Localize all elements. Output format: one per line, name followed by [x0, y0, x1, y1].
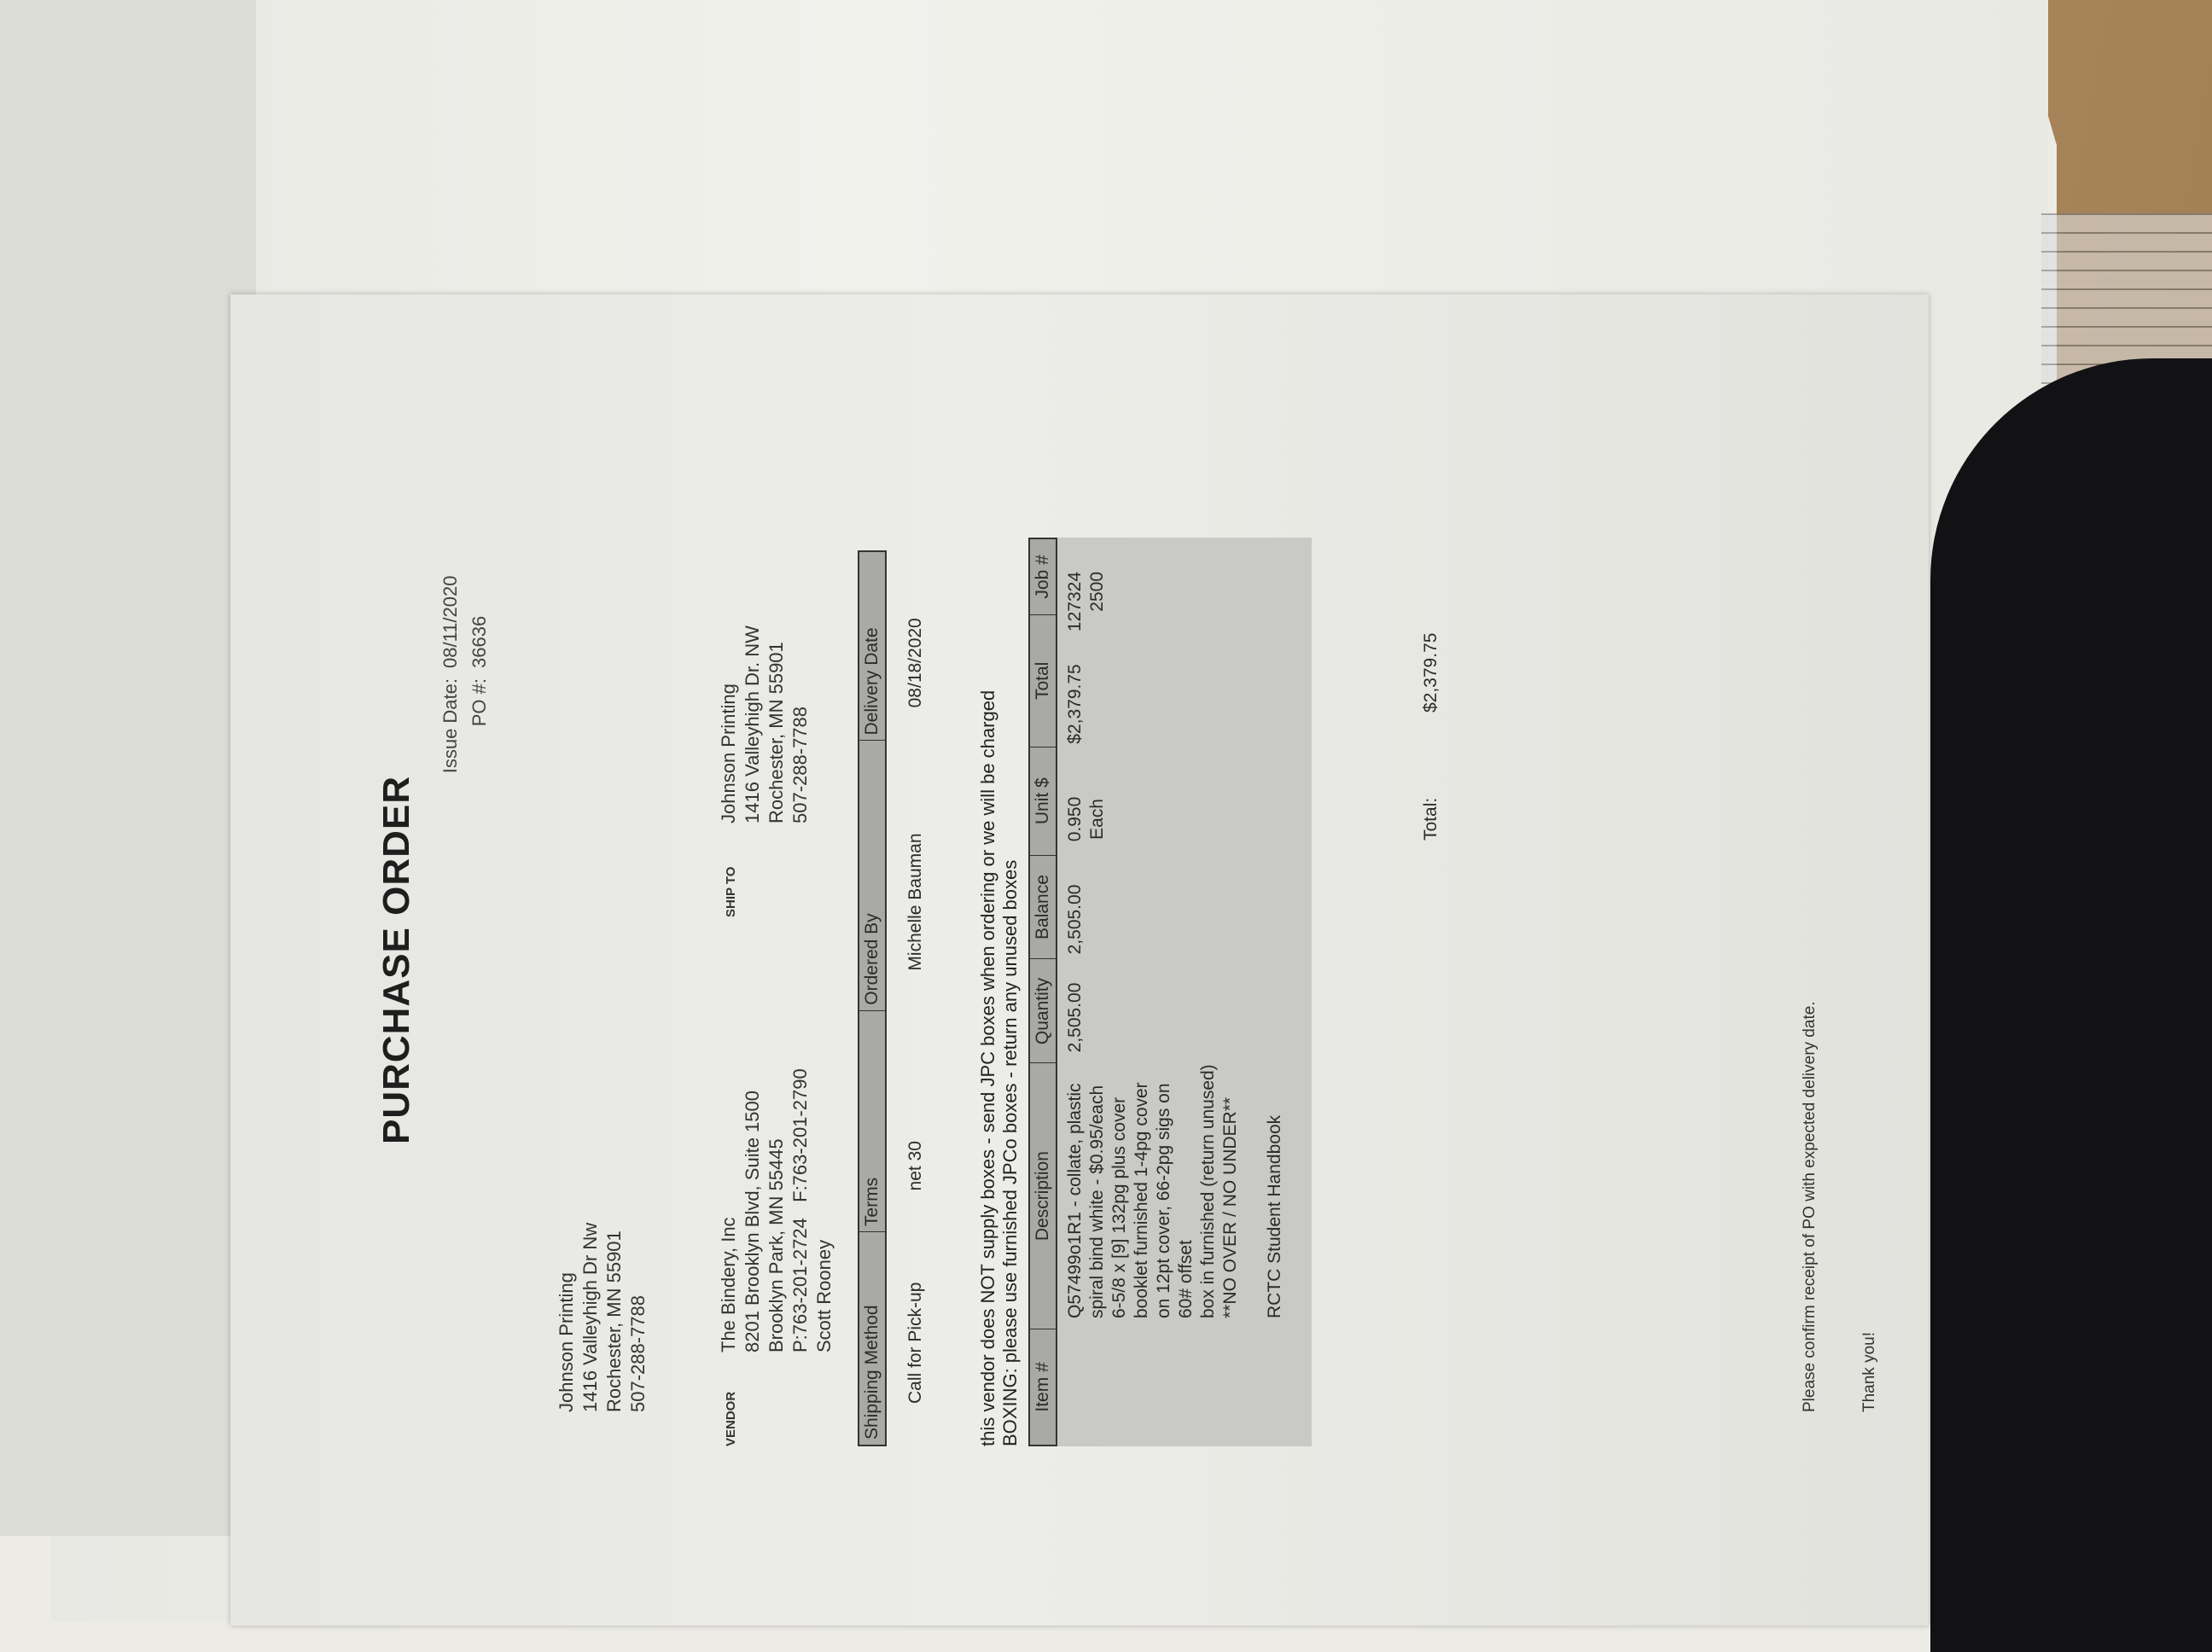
po-meta: Issue Date: 08/11/2020 PO #: 36636 [439, 576, 498, 806]
item-job: 127324 2500 [1064, 572, 1286, 640]
footer-confirm: Please confirm receipt of PO with expect… [1801, 1001, 1819, 1412]
job-sub: 2500 [1086, 572, 1109, 640]
issue-date: 08/11/2020 [439, 576, 462, 668]
ship-to-block: SHIP TO Johnson Printing 1416 Valleyhigh… [717, 625, 812, 917]
page-title: PURCHASE ORDER [375, 294, 418, 1626]
sender-address2: Rochester, MN 55901 [602, 1223, 626, 1412]
background-sheet-3 [0, 0, 256, 1536]
vendor-phone-fax: P:763-201-2724 F:763-201-2790 [789, 1068, 812, 1352]
item-balance: 2,505.00 [1064, 870, 1286, 969]
description-line: Q57499o1R1 - collate, plastic [1064, 1067, 1086, 1318]
header-quantity: Quantity [1030, 959, 1056, 1063]
vendor-address2: Brooklyn Park, MN 55445 [765, 1068, 789, 1352]
terms: net 30 [905, 1005, 926, 1225]
boxing-notice: this vendor does NOT supply boxes - send… [977, 690, 1022, 1446]
ship-to-name: Johnson Printing [717, 625, 741, 823]
vendor-contact: Scott Rooney [812, 1068, 836, 1352]
sender-phone: 507-288-7788 [626, 1223, 650, 1412]
description-line: spiral bind white - $0.95/each [1086, 1067, 1109, 1318]
notice-line-1: this vendor does NOT supply boxes - send… [977, 690, 999, 1446]
total-value: $2,379.75 [1421, 633, 1441, 713]
header-total: Total [1030, 614, 1056, 747]
ship-to-address2: Rochester, MN 55901 [765, 625, 789, 823]
vendor-label: VENDOR [717, 1352, 836, 1446]
delivery-date: 08/18/2020 [905, 550, 926, 742]
description-line: on 12pt cover, 66-2pg sigs on [1153, 1067, 1175, 1318]
header-ordered-by: Ordered By [859, 740, 885, 1009]
item-number [1064, 1335, 1286, 1446]
item-description: Q57499o1R1 - collate, plastic spiral bin… [1064, 1067, 1286, 1335]
description-line: booklet furnished 1-4pg cover [1131, 1067, 1153, 1318]
items-header-row: Item # Description Quantity Balance Unit… [1028, 538, 1057, 1446]
po-number: 36636 [469, 616, 491, 668]
header-terms: Terms [859, 1010, 885, 1231]
shipping-method: Call for Pick-up [905, 1224, 926, 1446]
header-delivery-date: Delivery Date [859, 552, 885, 740]
header-description: Description [1030, 1062, 1056, 1328]
dark-object [1930, 358, 2212, 1652]
description-line: 6-5/8 x [9] 132pg plus cover [1109, 1067, 1131, 1318]
item-unit-price: 0.950 Each [1064, 768, 1286, 870]
description-line: **NO OVER / NO UNDER** [1220, 1067, 1242, 1318]
sender-address: Johnson Printing 1416 Valleyhigh Dr Nw R… [555, 1223, 650, 1412]
description-line: 60# offset [1175, 1067, 1197, 1318]
table-row: Q57499o1R1 - collate, plastic spiral bin… [1057, 538, 1286, 1446]
vendor-name: The Bindery, Inc [717, 1068, 741, 1352]
item-quantity: 2,505.00 [1064, 969, 1286, 1067]
description-line: box in furnished (return unused) [1197, 1067, 1220, 1318]
footer-thanks: Thank you! [1860, 1332, 1879, 1412]
item-note: RCTC Student Handbook [1264, 1067, 1286, 1318]
item-total: $2,379.75 [1064, 640, 1286, 768]
shipping-values-row: Call for Pick-up net 30 Michelle Bauman … [887, 550, 926, 1446]
ordered-by: Michelle Bauman [905, 742, 926, 1004]
header-unit-price: Unit $ [1030, 747, 1056, 855]
ship-to-phone: 507-288-7788 [789, 625, 812, 823]
header-shipping-method: Shipping Method [859, 1231, 885, 1445]
ship-to-address1: 1416 Valleyhigh Dr. NW [741, 625, 765, 823]
purchase-order-page: PURCHASE ORDER Issue Date: 08/11/2020 PO… [230, 294, 1929, 1626]
sender-address1: 1416 Valleyhigh Dr Nw [579, 1223, 602, 1412]
po-number-label: PO #: [469, 668, 491, 806]
header-balance: Balance [1030, 855, 1056, 959]
unit-price: 0.950 [1064, 768, 1086, 870]
header-item: Item # [1030, 1329, 1056, 1445]
notice-line-2: BOXING: please use furnished JPCo boxes … [999, 690, 1022, 1446]
issue-date-label: Issue Date: [439, 668, 462, 806]
total-label: Total: [1421, 713, 1441, 841]
vendor-block: VENDOR The Bindery, Inc 8201 Brooklyn Bl… [717, 1068, 836, 1446]
vendor-address1: 8201 Brooklyn Blvd, Suite 1500 [741, 1068, 765, 1352]
grand-total: Total: $2,379.75 [1421, 633, 1441, 841]
purchase-order-sheet: PURCHASE ORDER Issue Date: 08/11/2020 PO… [230, 282, 1929, 1638]
job-number: 127324 [1064, 572, 1086, 640]
shipping-table: Shipping Method Terms Ordered By Deliver… [858, 550, 926, 1446]
shipping-header-row: Shipping Method Terms Ordered By Deliver… [858, 550, 887, 1446]
ship-to-label: SHIP TO [717, 823, 812, 917]
sender-name: Johnson Printing [555, 1223, 579, 1412]
header-job: Job # [1030, 539, 1056, 614]
unit-measure: Each [1086, 768, 1109, 870]
line-items-table: Item # Description Quantity Balance Unit… [1028, 538, 1312, 1446]
